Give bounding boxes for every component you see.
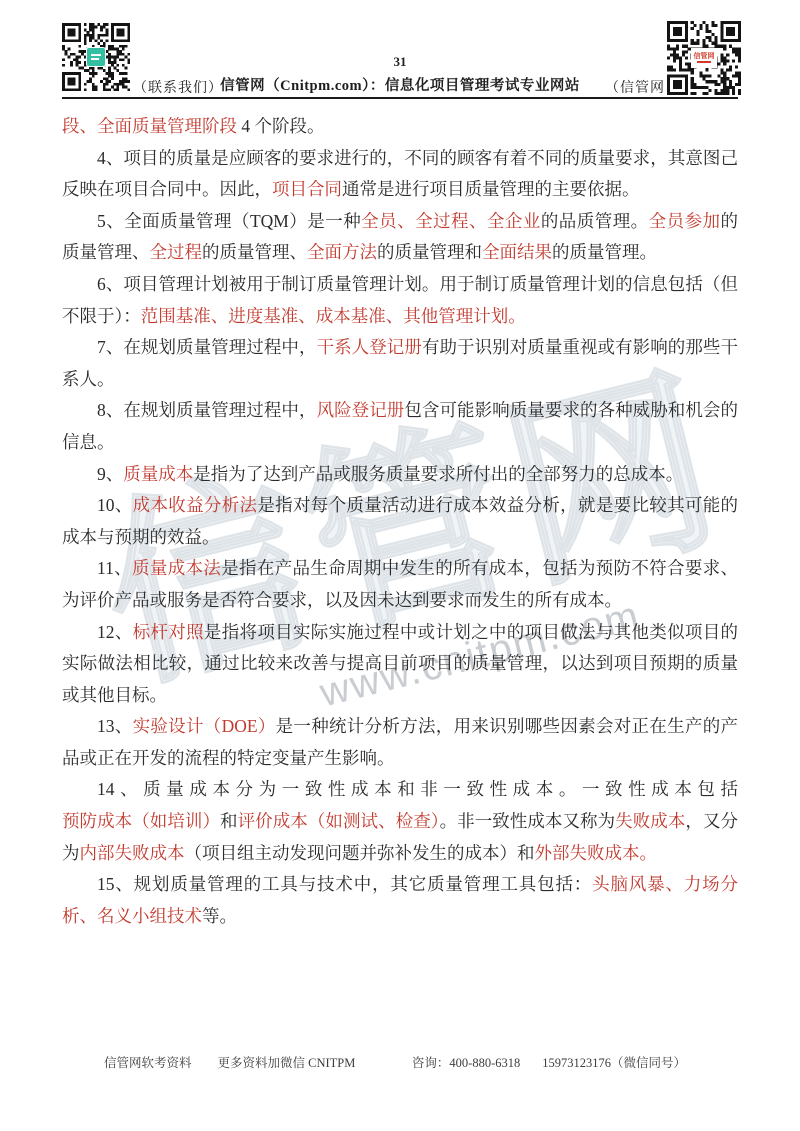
paragraph: 4、项目的质量是应顾客的要求进行的，不同的顾客有着不同的质量要求，其意图己反映在…	[62, 143, 738, 206]
highlighted-term: 评价成本（如测试、检查）	[238, 811, 440, 831]
paragraph: 8、在规划质量管理过程中，风险登记册包含可能影响质量要求的各种威胁和机会的信息。	[62, 395, 738, 458]
highlighted-term: 质量成本法	[132, 558, 221, 578]
highlighted-term: 范围基准、进度基准、成本基准、其他管理计划。	[141, 306, 526, 326]
highlighted-term: 风险登记册	[317, 400, 405, 420]
paragraph: 12、标杆对照是指将项目实际实施过程中或计划之中的项目做法与其他类似项目的实际做…	[62, 617, 738, 712]
footer-site-label: 信管网软考资料	[104, 1053, 192, 1071]
qr-center-logo-icon: 信管网	[691, 48, 717, 68]
highlighted-term: 质量成本	[123, 464, 193, 484]
footer-wechat-label: 更多资料加微信 CNITPM	[218, 1053, 356, 1071]
paragraph: 13、实验设计（DOE）是一种统计分析方法，用来识别哪些因素会对正在生产的产品或…	[62, 711, 738, 774]
highlighted-term: 外部失败成本。	[535, 843, 658, 863]
paragraph: 15、规划质量管理的工具与技术中，其它质量管理工具包括：头脑风暴、力场分析、名义…	[62, 869, 738, 932]
paragraph: 10、成本收益分析法是指对每个质量活动进行成本效益分析，就是要比较其可能的成本与…	[62, 490, 738, 553]
document-page: （联系我们） 31 信管网（Cnitpm.com）：信息化项目管理考试专业网站 …	[0, 0, 800, 1131]
header-divider	[62, 97, 738, 99]
highlighted-term: 内部失败成本	[80, 843, 185, 863]
footer-hotline: 咨询：400-880-6318	[412, 1053, 520, 1071]
highlighted-term: 预防成本（如培训）	[62, 811, 220, 831]
paragraph: 14、质量成本分为一致性成本和非一致性成本。一致性成本包括预防成本（如培训）和评…	[62, 774, 738, 869]
footer-left-group: 信管网软考资料 更多资料加微信 CNITPM	[62, 1053, 355, 1071]
app-qr-code: 信管网	[667, 21, 741, 95]
document-body: 段、全面质量管理阶段 4 个阶段。4、项目的质量是应顾客的要求进行的，不同的顾客…	[62, 111, 738, 932]
highlighted-term: 全面结果	[482, 242, 552, 262]
footer-phone: 15973123176（微信同号）	[542, 1053, 686, 1071]
highlighted-term: 标杆对照	[133, 622, 204, 642]
paragraph: 9、质量成本是指为了达到产品或服务质量要求所付出的全部努力的总成本。	[62, 459, 738, 491]
highlighted-term: 干系人登记册	[317, 337, 422, 357]
highlighted-term: 全员参加	[649, 211, 721, 231]
highlighted-term: 全过程	[150, 242, 203, 262]
page-footer: 信管网软考资料 更多资料加微信 CNITPM 咨询：400-880-6318 1…	[62, 1053, 738, 1071]
paragraph: 6、项目管理计划被用于制订质量管理计划。用于制订质量管理计划的信息包括（但不限于…	[62, 269, 738, 332]
highlighted-term: 头脑风暴、力场分析、名义小组技术	[62, 874, 738, 926]
paragraph: 段、全面质量管理阶段 4 个阶段。	[62, 111, 738, 143]
paragraph: 7、在规划质量管理过程中，干系人登记册有助于识别对质量重视或有影响的那些干系人。	[62, 332, 738, 395]
paragraph: 11、质量成本法是指在产品生命周期中发生的所有成本，包括为预防不符合要求、为评价…	[62, 553, 738, 616]
highlighted-term: 实验设计（DOE）	[133, 716, 276, 736]
highlighted-term: 成本收益分析法	[133, 495, 258, 515]
footer-right-group: 咨询：400-880-6318 15973123176（微信同号）	[412, 1053, 738, 1071]
highlighted-term: 项目合同	[272, 179, 342, 199]
highlighted-term: 全面方法	[307, 242, 377, 262]
highlighted-term: 失败成本	[615, 811, 685, 831]
paragraph: 5、全面质量管理（TQM）是一种全员、全过程、全企业的品质管理。全员参加的质量管…	[62, 206, 738, 269]
highlighted-term: 段、全面质量管理阶段	[62, 116, 237, 136]
highlighted-term: 全员、全过程、全企业	[361, 211, 541, 231]
